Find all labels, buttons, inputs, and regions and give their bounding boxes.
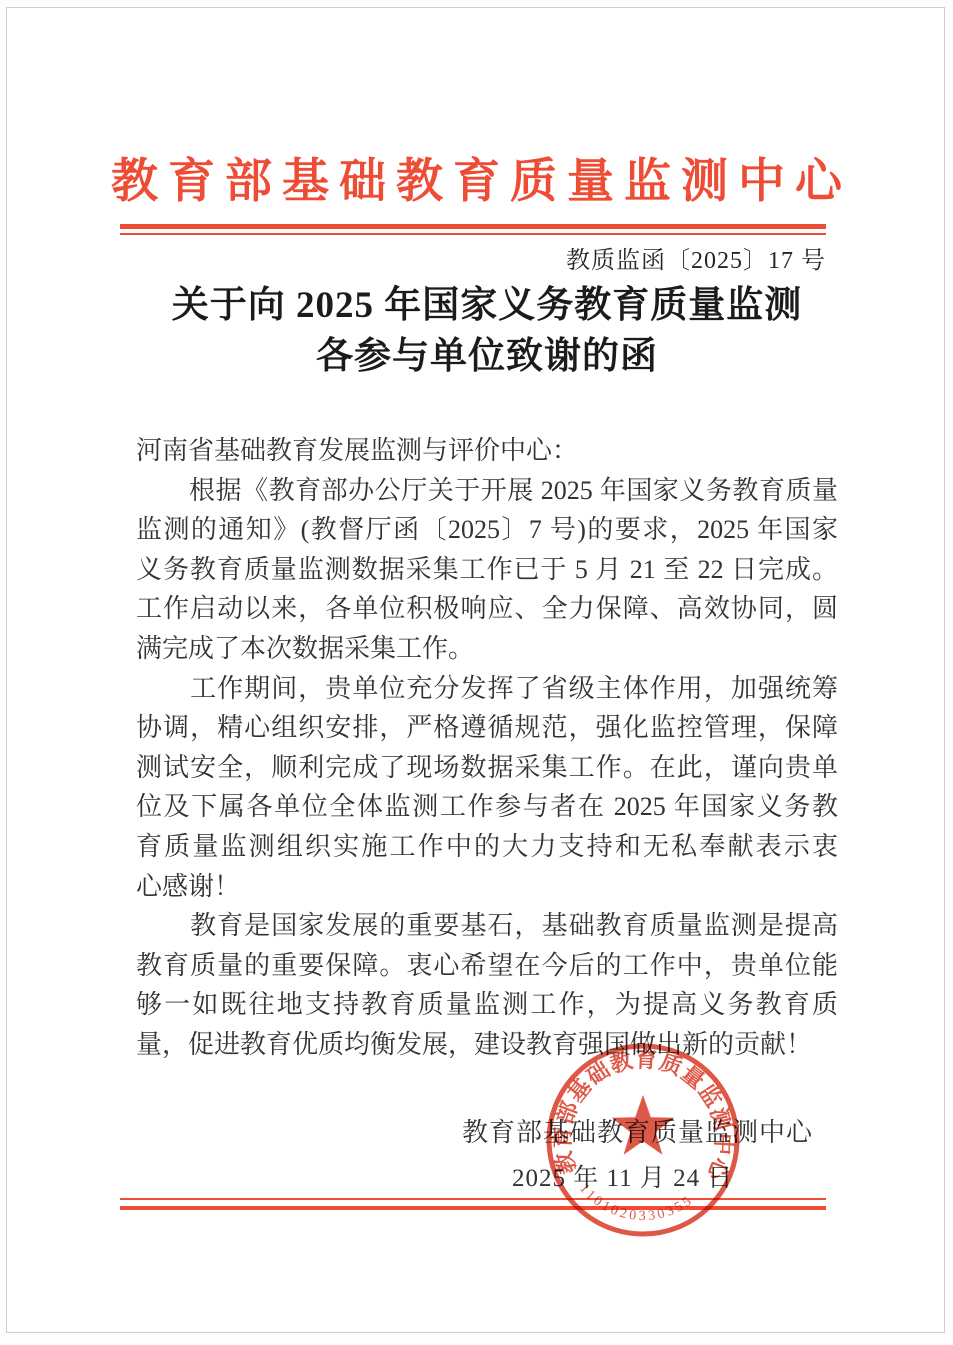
- letterhead-org-name: 教育部基础教育质量监测中心: [0, 144, 953, 211]
- letter-title: 关于向 2025 年国家义务教育质量监测 各参与单位致谢的函: [136, 280, 838, 382]
- body-line: 教育是国家发展的重要基石，基础教育质量监测是提高: [136, 906, 838, 946]
- body-line: 工作启动以来，各单位积极响应、全力保障、高效协同，圆: [136, 589, 838, 629]
- body-line: 协调，精心组织安排，严格遵循规范，强化监控管理，保障: [136, 708, 838, 748]
- body-line: 测试安全，顺利完成了现场数据采集工作。在此，谨向贵单: [136, 748, 838, 788]
- official-seal: 教育部基础教育质量监测中心 1101020330355: [543, 1040, 743, 1240]
- body-line: 义务教育质量监测数据采集工作已于 5 月 21 至 22 日完成。: [136, 550, 838, 590]
- body-line: 育质量监测组织实施工作中的大力支持和无私奉献表示衷: [136, 827, 838, 867]
- body-line: 位及下属各单位全体监测工作参与者在 2025 年国家义务教: [136, 787, 838, 827]
- header-rule-thin: [120, 233, 826, 235]
- body-line: 教育质量的重要保障。衷心希望在今后的工作中，贵单位能: [136, 946, 838, 986]
- header-rule-thick: [120, 224, 826, 229]
- body-line: 心感谢！: [136, 867, 838, 907]
- body-line: 够一如既往地支持教育质量监测工作，为提高义务教育质: [136, 985, 838, 1025]
- body-line: 监测的通知》(教督厅函〔2025〕7 号)的要求，2025 年国家: [136, 510, 838, 550]
- letter-page: 教育部基础教育质量监测中心 教质监函〔2025〕17 号 关于向 2025 年国…: [0, 0, 953, 1345]
- seal-star-icon: [612, 1095, 675, 1155]
- body-line: 工作期间，贵单位充分发挥了省级主体作用，加强统筹: [136, 669, 838, 709]
- body-text: 河南省基础教育发展监测与评价中心： 根据《教育部办公厅关于开展 2025 年国家…: [136, 431, 838, 1065]
- body-line: 河南省基础教育发展监测与评价中心：: [136, 431, 838, 471]
- body-line: 根据《教育部办公厅关于开展 2025 年国家义务教育质量: [136, 471, 838, 511]
- document-number: 教质监函〔2025〕17 号: [566, 240, 826, 275]
- title-line-1: 关于向 2025 年国家义务教育质量监测: [136, 280, 838, 331]
- body-line: 满完成了本次数据采集工作。: [136, 629, 838, 669]
- title-line-2: 各参与单位致谢的函: [136, 331, 838, 382]
